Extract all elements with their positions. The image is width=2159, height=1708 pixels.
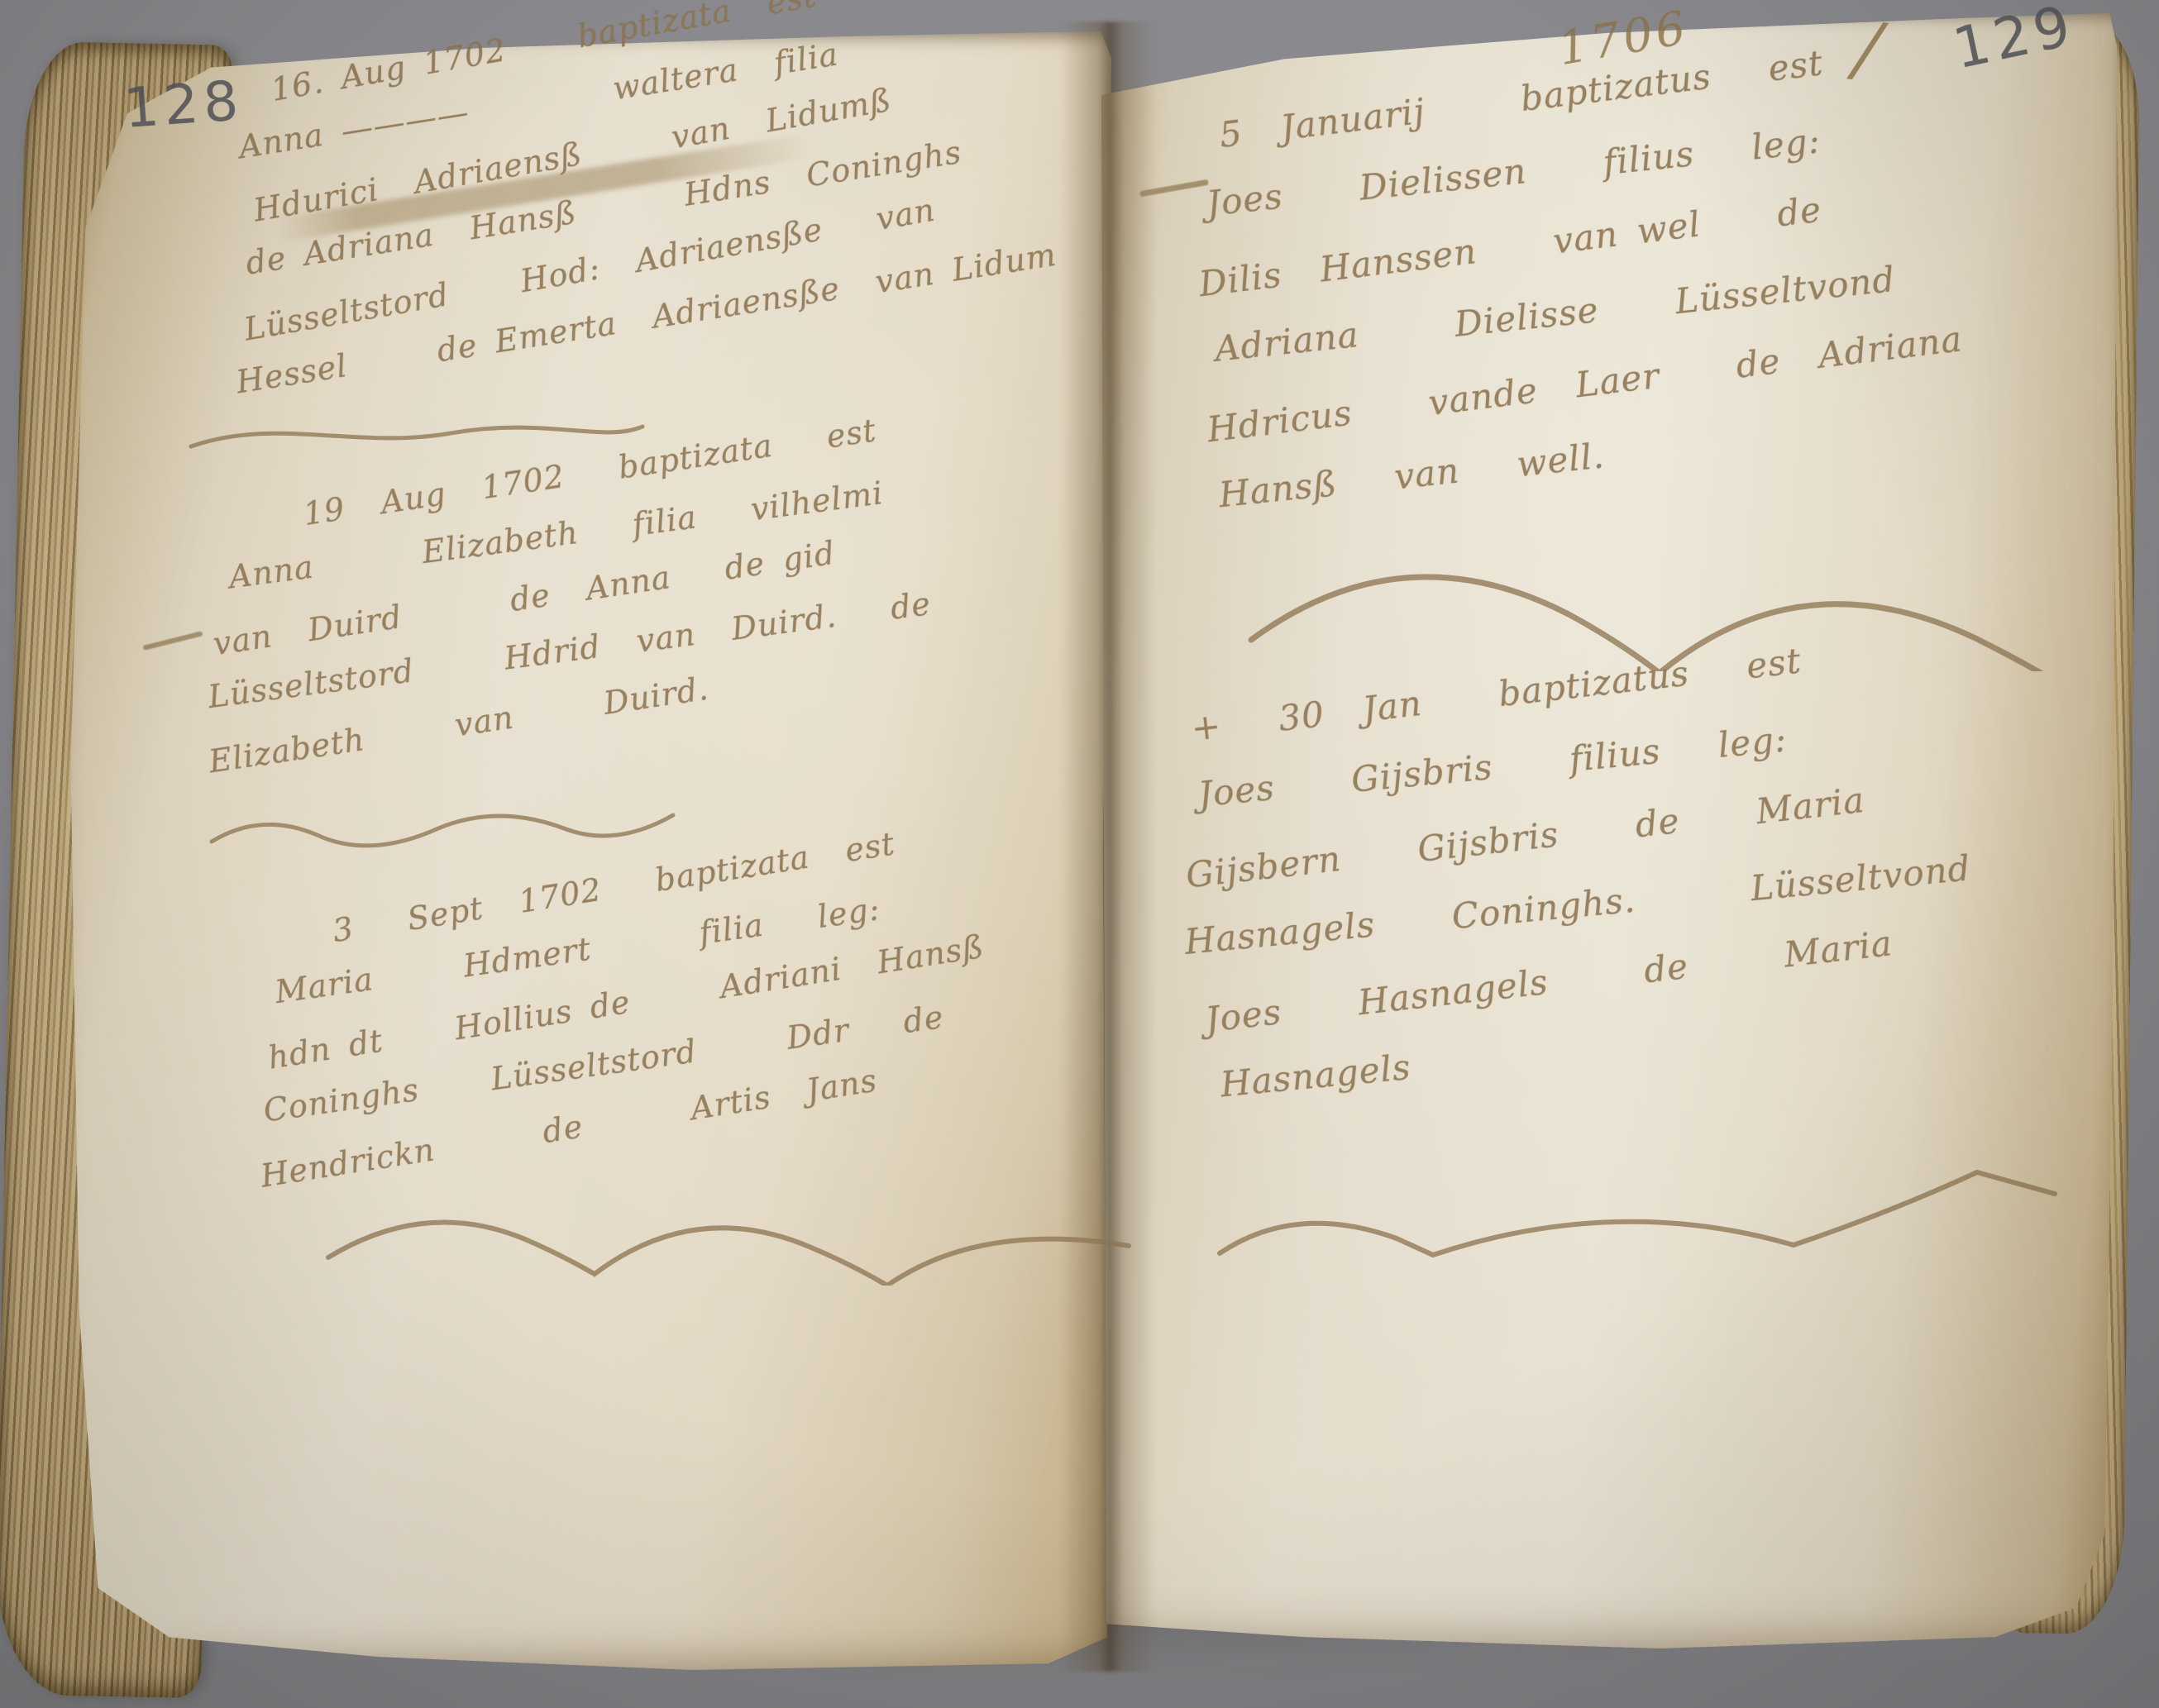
baptism-entry: 5 Januarij baptizatus estJoes Dielissen … bbox=[1184, 31, 1976, 550]
baptism-entry: 3 Sept 1702 baptizata estMaria Hdmert fi… bbox=[252, 815, 1007, 1208]
baptism-entry: + 30 Jan baptizatus estJoes Gijsbris fil… bbox=[1173, 626, 1991, 1141]
flourish-divider bbox=[186, 412, 649, 461]
right-page-number: 129 bbox=[1947, 0, 2080, 83]
left-page-number: 128 bbox=[122, 69, 245, 141]
flourish-divider bbox=[1236, 514, 2071, 671]
handwriting-layer: 128 1706 / 129 16. Aug 1702 baptizata es… bbox=[0, 0, 2159, 1708]
flourish-divider bbox=[1211, 1156, 2063, 1296]
photo-of-open-register: 128 1706 / 129 16. Aug 1702 baptizata es… bbox=[0, 0, 2159, 1708]
margin-dash bbox=[142, 631, 203, 651]
baptism-entry: 19 Aug 1702 baptizata estAnna Elizabeth … bbox=[194, 408, 943, 794]
flourish-divider bbox=[318, 1178, 1137, 1286]
flourish-divider bbox=[207, 800, 744, 866]
